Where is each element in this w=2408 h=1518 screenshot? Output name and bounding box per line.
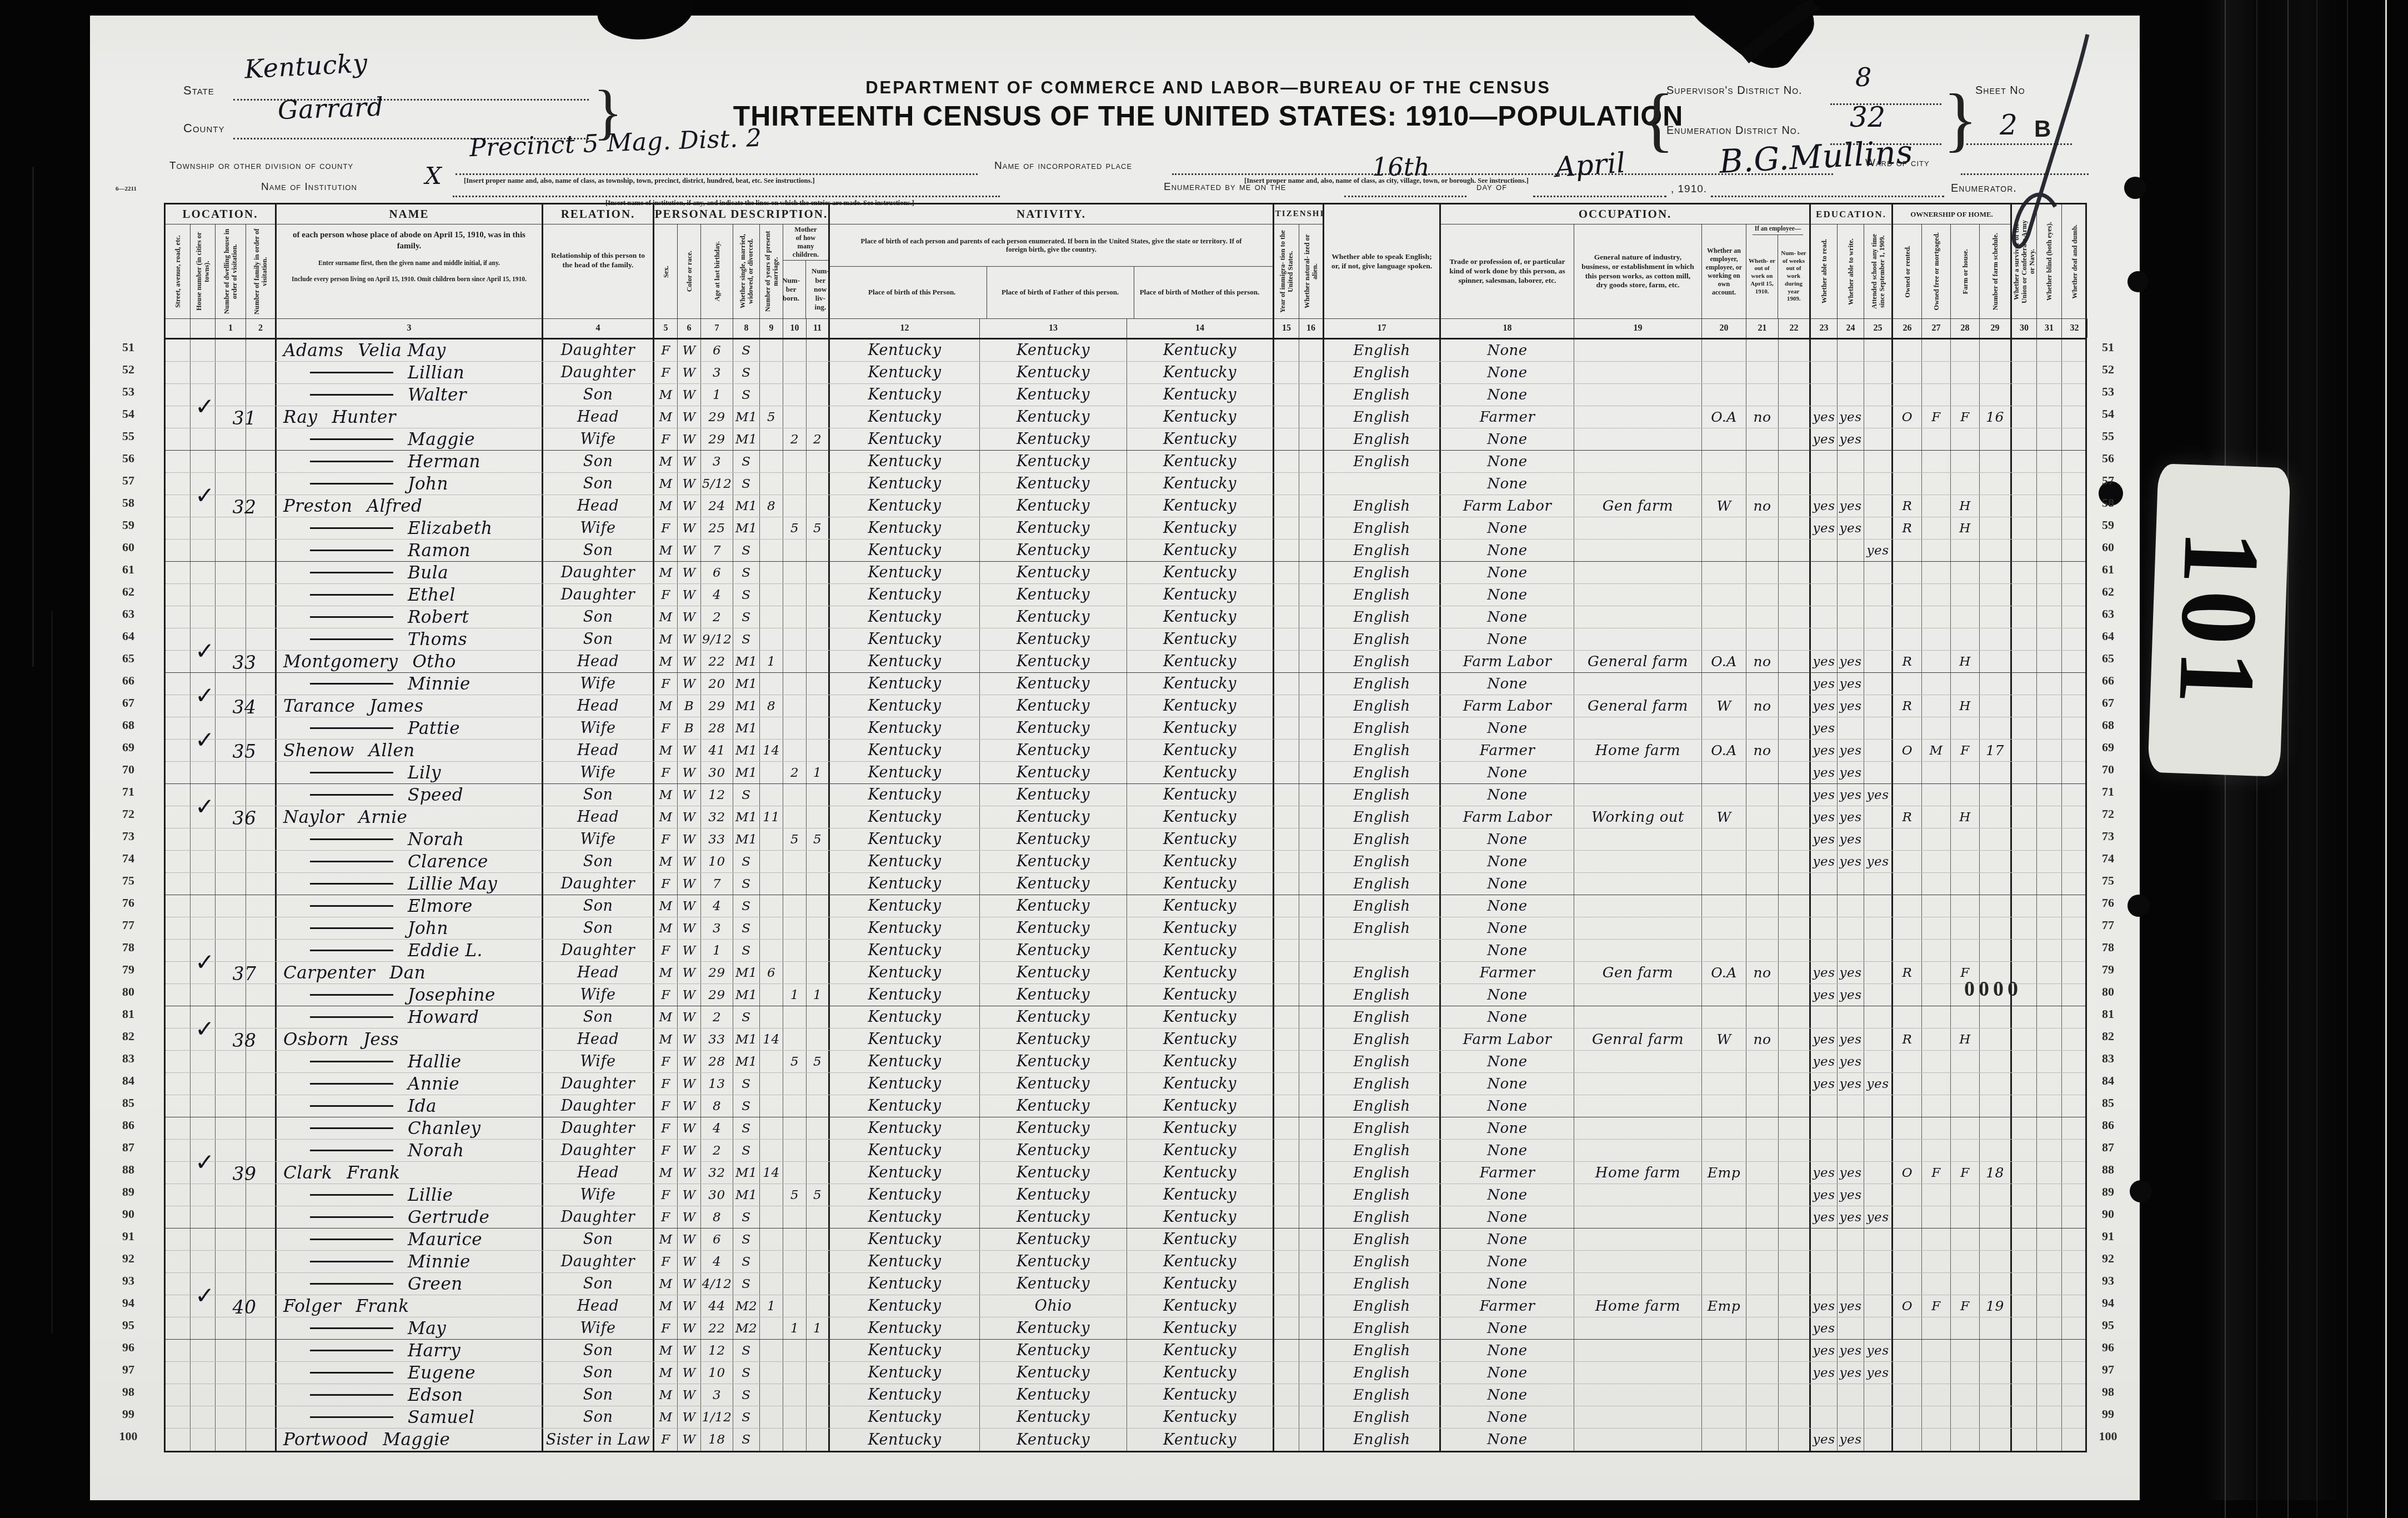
cell-na (1299, 384, 1324, 406)
column-number: 6 (678, 319, 701, 338)
cell-emp: W (1702, 1028, 1746, 1050)
cell-cb (783, 1229, 807, 1250)
cell-df (2062, 428, 2087, 450)
brace: } (1943, 78, 1978, 161)
table-row: ✓34TaranceJamesHeadMB29M18KentuckyKentuc… (166, 695, 2085, 717)
cell-sc (1864, 1429, 1893, 1451)
cell-o (1893, 984, 1922, 1006)
cell-pb: Kentucky (830, 1028, 980, 1050)
table-row: NorahDaughterFW2SKentuckyKentuckyKentuck… (166, 1140, 2085, 1162)
line-number: 92 (109, 1247, 148, 1270)
cell-wk (1779, 873, 1811, 895)
cell-na (1299, 517, 1324, 539)
cell-fs (1980, 806, 2012, 828)
cell-pb: Kentucky (830, 584, 980, 606)
cell-wk (1779, 1384, 1811, 1406)
line-number: 97 (2089, 1359, 2127, 1381)
table-row: NorahWifeFW33M155KentuckyKentuckyKentuck… (166, 828, 2085, 851)
cell-ag: 29 (701, 962, 733, 983)
group-citizenship: CITIZENSHIP. (1274, 204, 1324, 224)
cell-cb: 1 (783, 1317, 807, 1339)
cell-rel: Wife (543, 762, 654, 783)
cell-family (246, 940, 277, 961)
cell-house (191, 1406, 216, 1428)
cell-dwelling: 39 (216, 1162, 246, 1184)
cell-ind: Home farm (1574, 1162, 1702, 1184)
cell-wr: yes (1838, 1362, 1864, 1384)
cell-ms: S (733, 1362, 760, 1384)
cell-na (1299, 1362, 1324, 1384)
cell-cb: 5 (783, 828, 807, 850)
cell-street (166, 1362, 191, 1384)
cell-ag: 24 (701, 495, 733, 517)
cell-ind (1574, 1317, 1702, 1339)
cell-rel: Head (543, 1295, 654, 1317)
table-row: ✓38OsbornJessHeadMW33M114KentuckyKentuck… (166, 1028, 2085, 1051)
cell-ra: W (678, 1073, 701, 1095)
cell-o (1893, 473, 1922, 495)
cell-im (1274, 339, 1299, 361)
cell-tr: None (1441, 873, 1574, 895)
line-number: 60 (2089, 536, 2127, 558)
cell-lg: English (1324, 1051, 1441, 1072)
cell-f (1922, 1317, 1951, 1339)
cell-pf: Kentucky (980, 1384, 1127, 1406)
cell-ms: S (733, 1340, 760, 1361)
cell-sc (1864, 1251, 1893, 1272)
cell-wk (1779, 962, 1811, 983)
cell-df (2062, 917, 2087, 939)
cell-ms: M1 (733, 495, 760, 517)
cell-tr: None (1441, 1073, 1574, 1095)
cell-tr: None (1441, 851, 1574, 872)
cell-wr (1838, 1384, 1864, 1406)
cell-emp (1702, 673, 1746, 695)
col-header-birthplace: Place of birth of this Person. (838, 267, 987, 318)
cell-na (1299, 473, 1324, 495)
cell-wr: yes (1838, 740, 1864, 761)
rule (1961, 173, 2089, 175)
cell-fh: F (1951, 740, 1980, 761)
cell-na (1299, 895, 1324, 917)
cell-wr (1838, 1117, 1864, 1139)
cell-df (2062, 1406, 2087, 1428)
cell-f (1922, 1028, 1951, 1050)
cell-sx: F (654, 1206, 678, 1228)
cell-pm: Kentucky (1127, 1406, 1274, 1428)
cell-fs (1980, 1095, 2012, 1117)
film-edge-bottom (0, 1500, 2408, 1518)
cell-rel: Daughter (543, 873, 654, 895)
cell-ow (1746, 828, 1779, 850)
cell-wr (1838, 628, 1864, 650)
cell-f (1922, 1340, 1951, 1361)
cell-sv (2012, 1317, 2037, 1339)
col-header-farm-house: Farm or house. (1951, 224, 1980, 319)
cell-ra: W (678, 1384, 701, 1406)
line-number: 88 (109, 1159, 148, 1181)
cell-family (246, 1340, 277, 1361)
cell-rd: yes (1811, 673, 1838, 695)
film-scratch (2287, 0, 2289, 1518)
cell-sv (2012, 1406, 2037, 1428)
col-header-years-married: Number of years of present marriage. (760, 224, 783, 319)
cell-sc (1864, 1028, 1893, 1050)
cell-sc (1864, 495, 1893, 517)
cell-ym (760, 762, 783, 783)
ditto-mark (310, 1150, 393, 1151)
line-number: 64 (109, 625, 148, 647)
cell-wr: yes (1838, 495, 1864, 517)
cell-rel: Head (543, 695, 654, 717)
cell-cl: 2 (807, 428, 830, 450)
cell-street (166, 517, 191, 539)
cell-house (191, 606, 216, 628)
cell-pf: Kentucky (980, 1429, 1127, 1451)
cell-fh (1951, 384, 1980, 406)
col-header-house-number: House number (in cities or towns). (191, 224, 216, 319)
group-ownership: OWNERSHIP OF HOME. (1893, 204, 2012, 224)
rule (1533, 196, 1666, 197)
ditto-mark (310, 638, 393, 640)
cell-sv (2012, 1251, 2037, 1272)
enumerated-year: , 1910. (1671, 183, 1707, 196)
mother-children-title: Mother of how many children. (783, 224, 830, 261)
cell-ra: W (678, 1028, 701, 1050)
cell-cl (807, 1251, 830, 1272)
cell-na (1299, 962, 1324, 983)
cell-sx: M (654, 695, 678, 717)
cell-pb: Kentucky (830, 1384, 980, 1406)
col-header-dwelling-number: Number of dwelling house in order of vis… (216, 224, 246, 319)
cell-na (1299, 1251, 1324, 1272)
cell-wr (1838, 451, 1864, 472)
cell-rd: yes (1811, 851, 1838, 872)
cell-name: Hallie (277, 1051, 543, 1072)
cell-pm: Kentucky (1127, 1317, 1274, 1339)
cell-df (2062, 495, 2087, 517)
cell-sc (1864, 1384, 1893, 1406)
cell-sc (1864, 1006, 1893, 1028)
cell-family (246, 517, 277, 539)
cell-pm: Kentucky (1127, 1140, 1274, 1161)
cell-street (166, 1340, 191, 1361)
cell-ms: M1 (733, 1162, 760, 1184)
cell-o (1893, 584, 1922, 606)
cell-sx: M (654, 1295, 678, 1317)
cell-family (246, 584, 277, 606)
cell-pb: Kentucky (830, 473, 980, 495)
ditto-mark (310, 1194, 393, 1196)
cell-name: FolgerFrank (277, 1295, 543, 1317)
cell-emp (1702, 1051, 1746, 1072)
cell-emp (1702, 428, 1746, 450)
cell-sc (1864, 451, 1893, 472)
cell-f (1922, 828, 1951, 850)
cell-pf: Kentucky (980, 717, 1127, 739)
cell-rel: Wife (543, 1317, 654, 1339)
cell-pm: Kentucky (1127, 962, 1274, 983)
cell-df (2062, 584, 2087, 606)
cell-ind (1574, 517, 1702, 539)
cell-im (1274, 428, 1299, 450)
cell-pf: Kentucky (980, 362, 1127, 383)
ditto-mark (310, 1372, 393, 1374)
cell-house (191, 428, 216, 450)
cell-pf: Kentucky (980, 1229, 1127, 1250)
cell-name: Eddie L. (277, 940, 543, 961)
cell-ms: M1 (733, 762, 760, 783)
cell-name: John (277, 473, 543, 495)
cell-sv (2012, 962, 2037, 983)
cell-na (1299, 451, 1324, 472)
cell-pb: Kentucky (830, 384, 980, 406)
cell-o (1893, 1340, 1922, 1361)
rule (455, 173, 978, 175)
cell-sx: M (654, 740, 678, 761)
cell-na (1299, 540, 1324, 561)
cell-pf: Kentucky (980, 695, 1127, 717)
cell-emp (1702, 1317, 1746, 1339)
cell-lg: English (1324, 917, 1441, 939)
cell-cl (807, 940, 830, 961)
table-row: JohnSonMW5/12SKentuckyKentuckyKentuckyNo… (166, 473, 2085, 495)
cell-lg (1324, 940, 1441, 961)
cell-street (166, 1162, 191, 1184)
cell-wk (1779, 1140, 1811, 1161)
cell-rel: Head (543, 651, 654, 672)
cell-fh (1951, 673, 1980, 695)
cell-name: Lillie (277, 1184, 543, 1206)
cell-o (1893, 851, 1922, 872)
cell-lg: English (1324, 695, 1441, 717)
cell-pm: Kentucky (1127, 1073, 1274, 1095)
cell-sc (1864, 1273, 1893, 1295)
cell-fh (1951, 606, 1980, 628)
cell-rd: yes (1811, 984, 1838, 1006)
cell-cb (783, 384, 807, 406)
cell-fh: F (1951, 1162, 1980, 1184)
cell-sc (1864, 695, 1893, 717)
cell-df (2062, 1251, 2087, 1272)
cell-cl (807, 1006, 830, 1028)
cell-ym (760, 428, 783, 450)
cell-ym (760, 895, 783, 917)
film-scratch (2316, 0, 2317, 1518)
cell-ms: M1 (733, 984, 760, 1006)
cell-tr: None (1441, 784, 1574, 806)
surname: Naylor (283, 807, 344, 827)
cell-ow (1746, 517, 1779, 539)
cell-ym (760, 628, 783, 650)
cell-cl (807, 1162, 830, 1184)
cell-na (1299, 1295, 1324, 1317)
table-row: HarrySonMW12SKentuckyKentuckyKentuckyEng… (166, 1340, 2085, 1362)
cell-name: Lillie May (277, 873, 543, 895)
cell-name: Minnie (277, 1251, 543, 1272)
cell-sv (2012, 1140, 2037, 1161)
cell-lg: English (1324, 1340, 1441, 1361)
cell-sv (2012, 1340, 2037, 1361)
line-number: 86 (109, 1114, 148, 1136)
cell-f (1922, 717, 1951, 739)
cell-cb (783, 917, 807, 939)
cell-wr (1838, 1406, 1864, 1428)
cell-pb: Kentucky (830, 828, 980, 850)
cell-ow (1746, 1095, 1779, 1117)
cell-ym (760, 362, 783, 383)
cell-rd: yes (1811, 1362, 1838, 1384)
cell-sx: M (654, 628, 678, 650)
cell-cl (807, 717, 830, 739)
cell-pm: Kentucky (1127, 362, 1274, 383)
cell-street (166, 940, 191, 961)
cell-df (2062, 984, 2087, 1006)
cell-name: RayHunter (277, 406, 543, 428)
cell-lg: English (1324, 1362, 1441, 1384)
cell-dwelling (216, 451, 246, 472)
cell-rel: Daughter (543, 1206, 654, 1228)
cell-street (166, 1273, 191, 1295)
cell-ow (1746, 940, 1779, 961)
cell-pf: Kentucky (980, 1184, 1127, 1206)
cell-ag: 4 (701, 584, 733, 606)
cell-sx: F (654, 1117, 678, 1139)
cell-wr (1838, 873, 1864, 895)
cell-wk (1779, 851, 1811, 872)
cell-ag: 10 (701, 851, 733, 872)
cell-df (2062, 940, 2087, 961)
cell-f (1922, 1140, 1951, 1161)
cell-f (1922, 940, 1951, 961)
column-number: 30 (2012, 319, 2037, 338)
table-row: EugeneSonMW10SKentuckyKentuckyKentuckyEn… (166, 1362, 2085, 1384)
cell-family (246, 762, 277, 783)
cell-name: May (277, 1317, 543, 1339)
cell-dwelling (216, 1362, 246, 1384)
cell-df (2062, 1095, 2087, 1117)
cell-name: Bula (277, 562, 543, 583)
cell-dwelling (216, 717, 246, 739)
ditto-mark (310, 616, 393, 618)
cell-rel: Daughter (543, 940, 654, 961)
cell-na (1299, 339, 1324, 361)
cell-sx: M (654, 495, 678, 517)
cell-bl (2037, 1073, 2062, 1095)
ditto-mark (310, 527, 393, 529)
cell-tr: None (1441, 473, 1574, 495)
cell-df (2062, 1273, 2087, 1295)
cell-ra: W (678, 451, 701, 472)
cell-pm: Kentucky (1127, 562, 1274, 583)
cell-wr: yes (1838, 1184, 1864, 1206)
cell-cl: 1 (807, 1317, 830, 1339)
cell-im (1274, 984, 1299, 1006)
cell-ow (1746, 384, 1779, 406)
cell-ym (760, 873, 783, 895)
cell-rd (1811, 451, 1838, 472)
cell-street (166, 451, 191, 472)
surname: Preston (283, 496, 353, 516)
table-row: RobertSonMW2SKentuckyKentuckyKentuckyEng… (166, 606, 2085, 628)
cell-fh: H (1951, 695, 1980, 717)
cell-sx: F (654, 1429, 678, 1451)
column-number: 19 (1574, 319, 1702, 338)
cell-emp (1702, 1073, 1746, 1095)
cell-pm: Kentucky (1127, 584, 1274, 606)
cell-rd: yes (1811, 695, 1838, 717)
cell-na (1299, 1340, 1324, 1361)
cell-cb (783, 784, 807, 806)
cell-o (1893, 673, 1922, 695)
cell-wk (1779, 1162, 1811, 1184)
cell-ra: W (678, 962, 701, 983)
table-row: ✓36NaylorArnieHeadMW32M111KentuckyKentuc… (166, 806, 2085, 828)
cell-wr: yes (1838, 517, 1864, 539)
cell-dwelling (216, 584, 246, 606)
cell-bl (2037, 1273, 2062, 1295)
cell-sx: M (654, 606, 678, 628)
line-number: 84 (2089, 1070, 2127, 1092)
table-row: ClarenceSonMW10SKentuckyKentuckyKentucky… (166, 851, 2085, 873)
cell-sc (1864, 606, 1893, 628)
cell-sv (2012, 806, 2037, 828)
cell-street (166, 495, 191, 517)
cell-rd (1811, 362, 1838, 383)
cell-family (246, 828, 277, 850)
cell-dwelling (216, 540, 246, 561)
cell-name: TaranceJames (277, 695, 543, 717)
cell-ms: M1 (733, 962, 760, 983)
cell-street (166, 473, 191, 495)
line-number: 94 (2089, 1292, 2127, 1314)
cell-sc (1864, 473, 1893, 495)
cell-pb: Kentucky (830, 895, 980, 917)
cell-o (1893, 1206, 1922, 1228)
cell-o: R (1893, 1028, 1922, 1050)
cell-wr: yes (1838, 984, 1864, 1006)
cell-df (2062, 873, 2087, 895)
cell-ag: 4/12 (701, 1273, 733, 1295)
cell-street (166, 962, 191, 983)
cell-ms: S (733, 628, 760, 650)
state-value: Kentucky (244, 48, 368, 84)
cell-wk (1779, 940, 1811, 961)
cell-sx: M (654, 1028, 678, 1050)
cell-sc (1864, 562, 1893, 583)
line-number: 85 (2089, 1092, 2127, 1114)
cell-bl (2037, 1184, 2062, 1206)
cell-sv (2012, 1295, 2037, 1317)
cell-sv (2012, 740, 2037, 761)
cell-lg: English (1324, 1384, 1441, 1406)
cell-bl (2037, 762, 2062, 783)
cell-ind: Gen farm (1574, 962, 1702, 983)
cell-rel: Son (543, 1006, 654, 1028)
line-number: 54 (109, 403, 148, 425)
cell-fs (1980, 673, 2012, 695)
cell-rel: Son (543, 851, 654, 872)
cell-pm: Kentucky (1127, 1051, 1274, 1072)
cell-fs: 19 (1980, 1295, 2012, 1317)
col-header-deaf: Whether deaf and dumb. (2062, 204, 2087, 319)
line-number: 73 (2089, 825, 2127, 847)
film-edge-top (0, 0, 2408, 17)
cell-pf: Kentucky (980, 984, 1127, 1006)
column-number: 31 (2037, 319, 2062, 338)
cell-ym (760, 1051, 783, 1072)
cell-df (2062, 851, 2087, 872)
